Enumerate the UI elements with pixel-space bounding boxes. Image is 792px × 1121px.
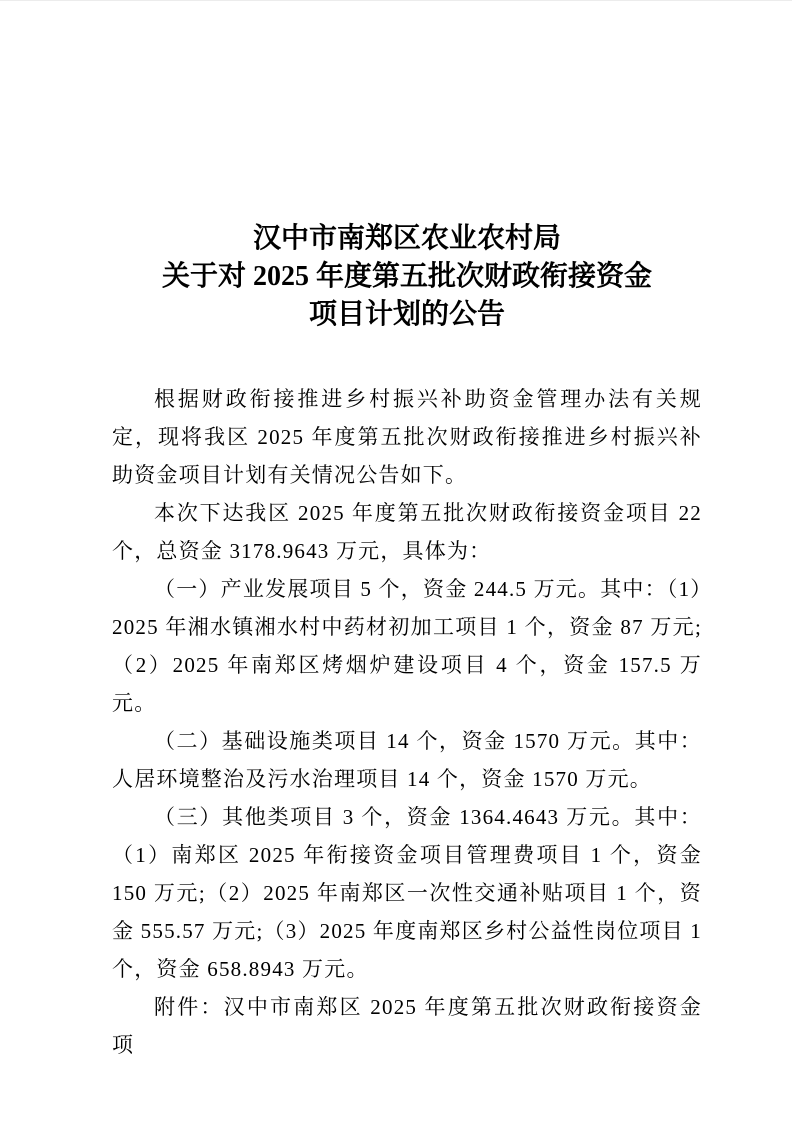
title-line-subject: 关于对 2025 年度第五批次财政衔接资金	[112, 258, 702, 296]
document-body: 根据财政衔接推进乡村振兴补助资金管理办法有关规定，现将我区 2025 年度第五批…	[112, 380, 702, 1064]
document-title: 汉中市南郑区农业农村局 关于对 2025 年度第五批次财政衔接资金 项目计划的公…	[112, 220, 702, 334]
title-line-agency: 汉中市南郑区农业农村局	[112, 220, 702, 258]
paragraph-intro: 根据财政衔接推进乡村振兴补助资金管理办法有关规定，现将我区 2025 年度第五批…	[112, 380, 702, 494]
paragraph-category-infrastructure: （二）基础设施类项目 14 个，资金 1570 万元。其中：人居环境整治及污水治…	[112, 722, 702, 798]
title-line-type: 项目计划的公告	[112, 296, 702, 334]
paragraph-category-industry: （一）产业发展项目 5 个，资金 244.5 万元。其中：（1）2025 年湘水…	[112, 570, 702, 722]
paragraph-attachment: 附件：汉中市南郑区 2025 年度第五批次财政衔接资金项	[112, 988, 702, 1064]
document-content: 汉中市南郑区农业农村局 关于对 2025 年度第五批次财政衔接资金 项目计划的公…	[112, 1, 702, 1064]
paragraph-category-other: （三）其他类项目 3 个，资金 1364.4643 万元。其中：（1）南郑区 2…	[112, 798, 702, 988]
document-page: 汉中市南郑区农业农村局 关于对 2025 年度第五批次财政衔接资金 项目计划的公…	[0, 0, 792, 1121]
paragraph-summary: 本次下达我区 2025 年度第五批次财政衔接资金项目 22 个，总资金 3178…	[112, 494, 702, 570]
